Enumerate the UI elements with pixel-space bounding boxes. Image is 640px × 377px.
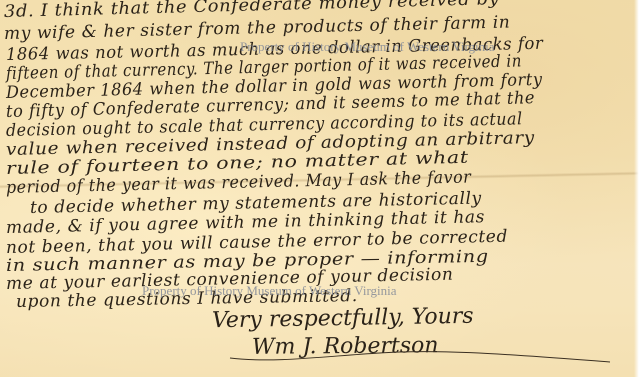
watermark-bottom: Property of History Museum of Western Vi… <box>142 283 397 299</box>
watermark-top: Property of History Museum of Western Vi… <box>240 39 495 55</box>
signature-flourish-icon <box>200 330 620 370</box>
letter-page: 3d. I think that the Confederate money r… <box>0 0 640 377</box>
paper-right-edge <box>634 0 640 377</box>
letter-closing: Very respectfully, Yours <box>212 304 474 334</box>
